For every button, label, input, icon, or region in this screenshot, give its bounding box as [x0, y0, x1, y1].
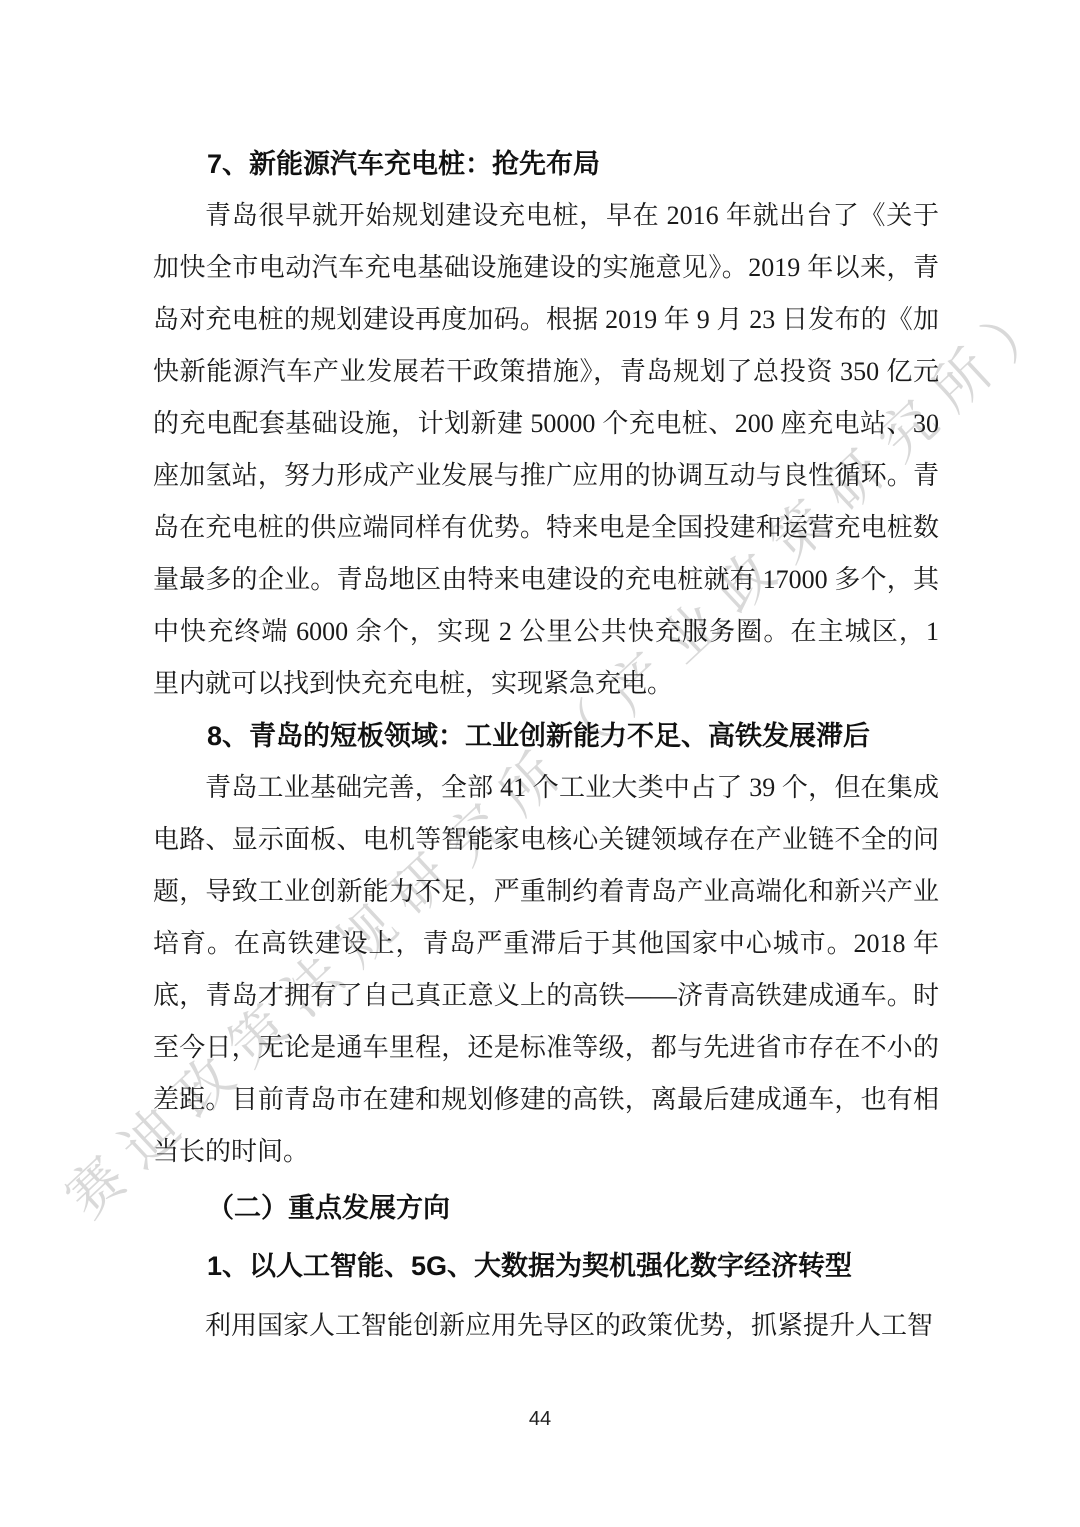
paragraph-s2-1-line: 利用国家人工智能创新应用先导区的政策优势，抓紧提升人工智 — [153, 1300, 939, 1352]
document-page: 赛迪政策法规研究所（产业政策研究所） 7、新能源汽车充电桩：抢先布局 青岛很早就… — [0, 0, 1080, 1527]
paragraph-7-line: 青岛很早就开始规划建设充电桩，早在 2016 年就出台了《关于 — [153, 190, 939, 242]
heading-section-2: （二）重点发展方向 — [153, 1182, 939, 1234]
paragraph-8-line: 题，导致工业创新能力不足，严重制约着青岛产业高端化和新兴产业 — [153, 866, 939, 918]
heading-section-8: 8、青岛的短板领域：工业创新能力不足、高铁发展滞后 — [153, 710, 939, 762]
paragraph-8-line: 培育。在高铁建设上，青岛严重滞后于其他国家中心城市。2018 年年 — [153, 918, 939, 970]
paragraph-7-line: 座加氢站，努力形成产业发展与推广应用的协调互动与良性循环。青 — [153, 450, 939, 502]
paragraph-7-line: 岛在充电桩的供应端同样有优势。特来电是全国投建和运营充电桩数 — [153, 502, 939, 554]
document-content: 7、新能源汽车充电桩：抢先布局 青岛很早就开始规划建设充电桩，早在 2016 年… — [153, 138, 939, 1352]
heading-section-2-1: 1、以人工智能、5G、大数据为契机强化数字经济转型 — [153, 1240, 939, 1292]
paragraph-7-line: 中快充终端 6000 余个，实现 2 公里公共快充服务圈。在主城区，1 公 — [153, 606, 939, 658]
page-number: 44 — [0, 1408, 1080, 1431]
paragraph-8-line: 电路、显示面板、电机等智能家电核心关键领域存在产业链不全的问 — [153, 814, 939, 866]
paragraph-8-line: 当长的时间。 — [153, 1126, 939, 1178]
paragraph-8-line: 至今日，无论是通车里程，还是标准等级，都与先进省市存在不小的 — [153, 1022, 939, 1074]
paragraph-7-line: 加快全市电动汽车充电基础设施建设的实施意见》。2019 年以来，青 — [153, 242, 939, 294]
paragraph-8-line: 差距。目前青岛市在建和规划修建的高铁，离最后建成通车，也有相 — [153, 1074, 939, 1126]
paragraph-7-line: 快新能源汽车产业发展若干政策措施》，青岛规划了总投资 350 亿元 — [153, 346, 939, 398]
paragraph-7-line: 里内就可以找到快充充电桩，实现紧急充电。 — [153, 658, 939, 710]
heading-section-7: 7、新能源汽车充电桩：抢先布局 — [153, 138, 939, 190]
paragraph-8-line: 青岛工业基础完善，全部 41 个工业大类中占了 39 个，但在集成 — [153, 762, 939, 814]
paragraph-7-line: 量最多的企业。青岛地区由特来电建设的充电桩就有 17000 多个，其 — [153, 554, 939, 606]
paragraph-7-line: 的充电配套基础设施，计划新建 50000 个充电桩、200 座充电站、30 — [153, 398, 939, 450]
paragraph-7-line: 岛对充电桩的规划建设再度加码。根据 2019 年 9 月 23 日发布的《加 — [153, 294, 939, 346]
paragraph-8-line: 底，青岛才拥有了自己真正意义上的高铁——济青高铁建成通车。时 — [153, 970, 939, 1022]
